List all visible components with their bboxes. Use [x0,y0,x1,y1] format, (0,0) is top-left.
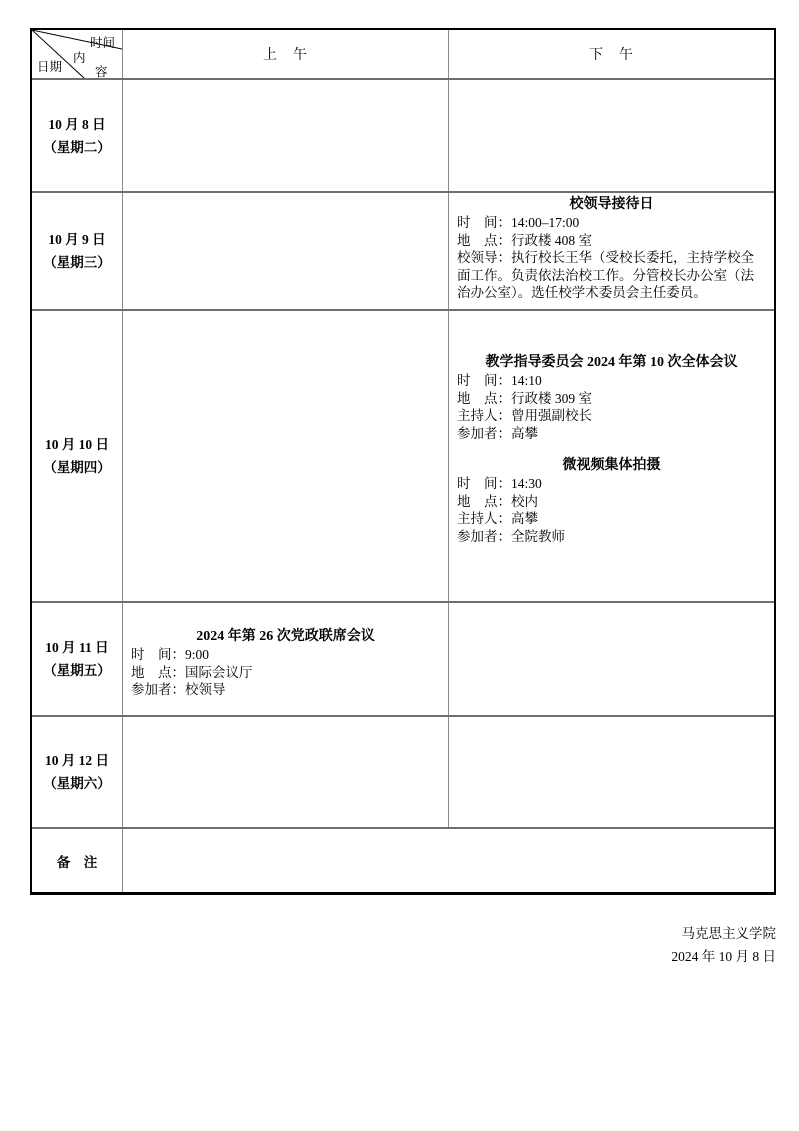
remarks-content-cell [122,829,774,892]
remarks-label-cell: 备 注 [32,829,122,892]
corner-date-label: 日期 [37,57,62,75]
event-location: 地 点：行政楼 408 室 [457,232,766,250]
footer-organization: 马克思主义学院 [30,922,776,945]
date-cell-oct9: 10 月 9 日 （星期三） [32,193,122,309]
column-header-morning: 上 午 [122,30,448,78]
event-teaching-committee-meeting: 教学指导委员会 2024 年第 10 次全体会议 时 间：14:10 地 点：行… [457,353,766,442]
event-participants: 参加者：高攀 [457,425,766,443]
weekday-text: （星期三） [43,251,111,274]
event-time: 时 间：14:10 [457,372,766,390]
event-location: 地 点：行政楼 309 室 [457,390,766,408]
event-time: 时 间：9:00 [131,646,440,664]
event-location: 地 点：校内 [457,493,766,511]
event-location: 地 点：国际会议厅 [131,664,440,682]
event-participants: 参加者：全院教师 [457,528,766,546]
column-header-afternoon: 下 午 [448,30,774,78]
date-text: 10 月 10 日 [45,433,109,456]
afternoon-cell-oct12 [448,717,774,827]
event-title: 校领导接待日 [457,195,766,214]
date-cell-oct8: 10 月 8 日 （星期二） [32,80,122,191]
date-cell-oct11: 10 月 11 日 （星期五） [32,603,122,715]
corner-content-label-top: 内 [73,48,86,66]
event-leader-note: 校领导：执行校长王华（受校长委托，主持学校全面工作。负责依法治校工作。分管校长办… [457,249,766,302]
afternoon-cell-oct8 [448,80,774,191]
event-title: 教学指导委员会 2024 年第 10 次全体会议 [457,353,766,372]
event-joint-party-admin-meeting: 2024 年第 26 次党政联席会议 时 间：9:00 地 点：国际会议厅 参加… [131,627,440,699]
morning-cell-oct8 [122,80,448,191]
event-micro-video-shoot: 微视频集体拍摄 时 间：14:30 地 点：校内 主持人：高攀 参加者：全院教师 [457,456,766,545]
event-time: 时 间：14:00–17:00 [457,214,766,232]
date-text: 10 月 11 日 [45,636,108,659]
morning-cell-oct10 [122,311,448,601]
event-participants: 参加者：校领导 [131,681,440,699]
event-reception-day: 校领导接待日 时 间：14:00–17:00 地 点：行政楼 408 室 校领导… [457,195,766,302]
schedule-document-page: 时间 内 容 日期 上 午 下 午 10 月 8 日 （星期二） 10 月 9 … [0,0,799,1131]
event-time: 时 间：14:30 [457,475,766,493]
table-row-oct12: 10 月 12 日 （星期六） [32,715,774,827]
table-row-oct9: 10 月 9 日 （星期三） 校领导接待日 时 间：14:00–17:00 地 … [32,191,774,309]
document-footer: 马克思主义学院 2024 年 10 月 8 日 [30,922,776,968]
table-header-row: 时间 内 容 日期 上 午 下 午 [32,30,774,78]
afternoon-cell-oct10: 教学指导委员会 2024 年第 10 次全体会议 时 间：14:10 地 点：行… [448,311,774,601]
date-text: 10 月 9 日 [48,228,105,251]
weekday-text: （星期六） [43,772,111,795]
table-corner-cell: 时间 内 容 日期 [32,30,122,78]
date-cell-oct10: 10 月 10 日 （星期四） [32,311,122,601]
date-cell-oct12: 10 月 12 日 （星期六） [32,717,122,827]
weekday-text: （星期二） [43,136,111,159]
date-text: 10 月 8 日 [48,113,105,136]
event-host: 主持人：高攀 [457,510,766,528]
weekday-text: （星期五） [43,659,111,682]
morning-cell-oct12 [122,717,448,827]
date-text: 10 月 12 日 [45,749,109,772]
corner-time-label: 时间 [90,33,115,51]
table-row-oct8: 10 月 8 日 （星期二） [32,78,774,191]
afternoon-cell-oct11 [448,603,774,715]
weekday-text: （星期四） [43,456,111,479]
footer-date: 2024 年 10 月 8 日 [30,945,776,968]
corner-content-label-bottom: 容 [95,62,108,80]
schedule-table: 时间 内 容 日期 上 午 下 午 10 月 8 日 （星期二） 10 月 9 … [30,28,776,895]
morning-cell-oct9 [122,193,448,309]
table-row-remarks: 备 注 [32,827,774,892]
afternoon-cell-oct9: 校领导接待日 时 间：14:00–17:00 地 点：行政楼 408 室 校领导… [448,193,774,309]
event-title: 微视频集体拍摄 [457,456,766,475]
event-title: 2024 年第 26 次党政联席会议 [131,627,440,646]
morning-cell-oct11: 2024 年第 26 次党政联席会议 时 间：9:00 地 点：国际会议厅 参加… [122,603,448,715]
table-row-oct10: 10 月 10 日 （星期四） 教学指导委员会 2024 年第 10 次全体会议… [32,309,774,601]
event-host: 主持人：曾用强副校长 [457,407,766,425]
table-row-oct11: 10 月 11 日 （星期五） 2024 年第 26 次党政联席会议 时 间：9… [32,601,774,715]
